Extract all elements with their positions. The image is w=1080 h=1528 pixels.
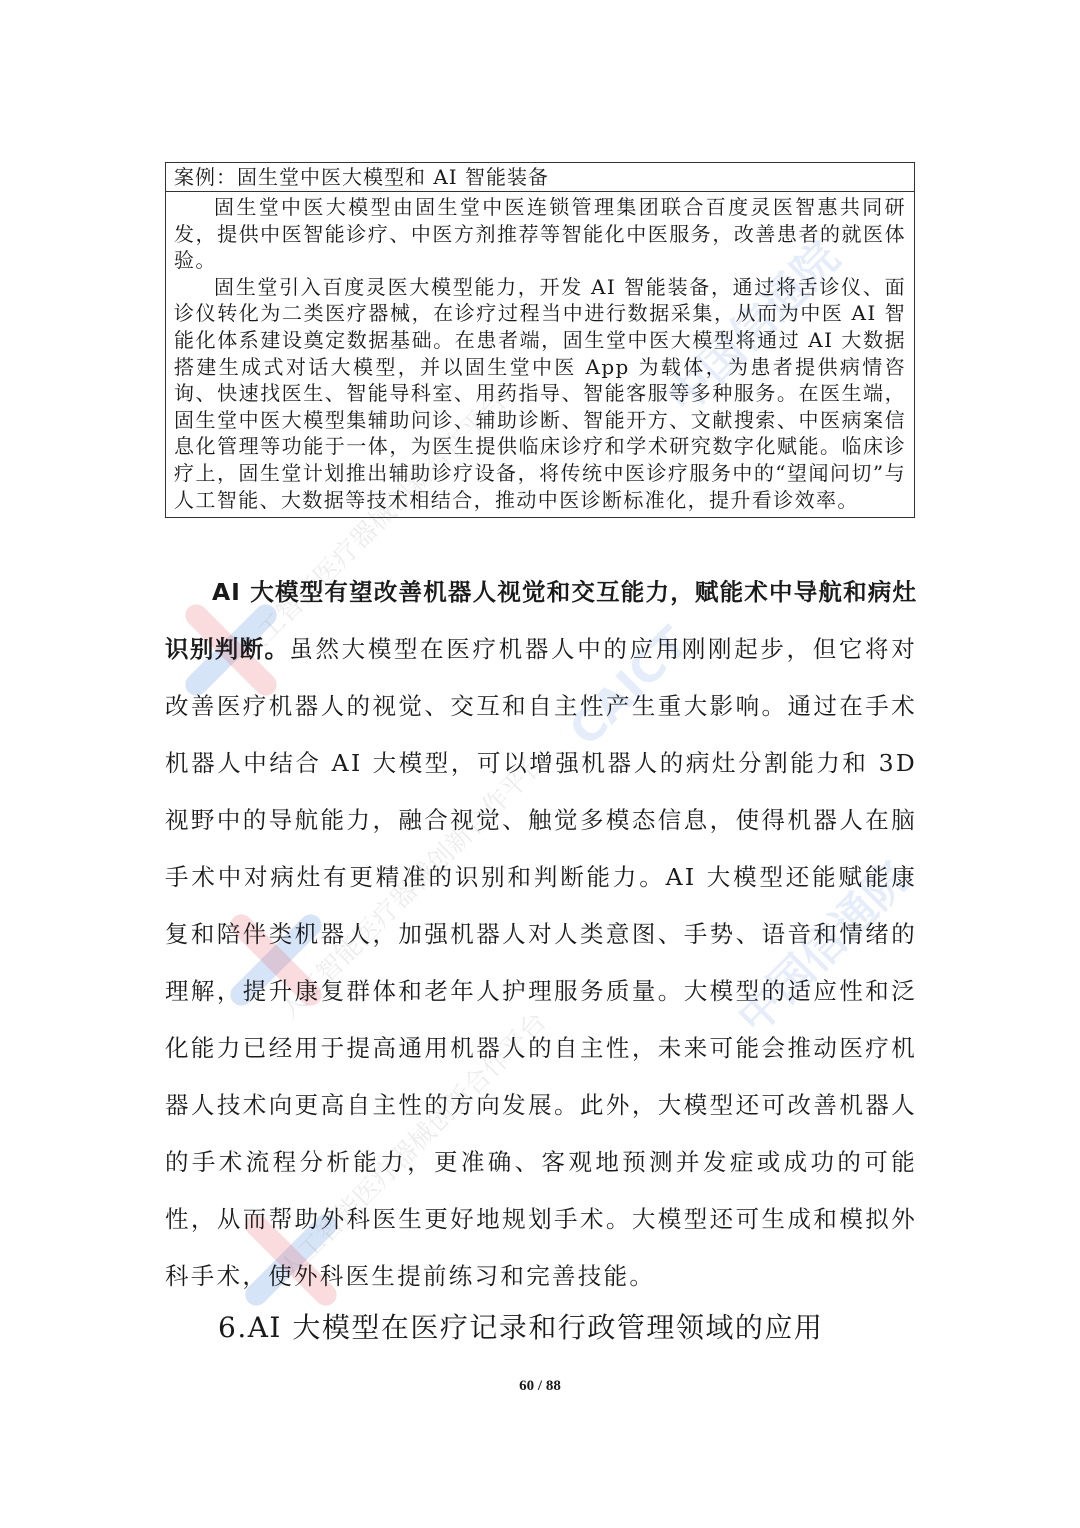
- document-page: 中国信通院 CAICT 中国信通院 人工智能医疗器械创新合作平台 人工智能医疗器…: [0, 0, 1080, 1528]
- case-study-paragraph: 固生堂中医大模型由固生堂中医连锁管理集团联合百度灵医智惠共同研发，提供中医智能诊…: [174, 194, 906, 274]
- body-text: AI 大模型有望改善机器人视觉和交互能力，赋能术中导航和病灶识别判断。虽然大模型…: [165, 564, 917, 1305]
- case-study-box: 案例：固生堂中医大模型和 AI 智能装备 固生堂中医大模型由固生堂中医连锁管理集…: [165, 162, 915, 518]
- section-heading: 6.AI 大模型在医疗记录和行政管理领域的应用: [218, 1308, 823, 1348]
- body-paragraph-text: 虽然大模型在医疗机器人中的应用刚刚起步，但它将对改善医疗机器人的视觉、交互和自主…: [165, 635, 917, 1290]
- page-number: 60 / 88: [0, 1378, 1080, 1395]
- case-study-paragraph: 固生堂引入百度灵医大模型能力，开发 AI 智能装备，通过将舌诊仪、面诊仪转化为二…: [174, 274, 906, 513]
- case-study-body: 固生堂中医大模型由固生堂中医连锁管理集团联合百度灵医智惠共同研发，提供中医智能诊…: [166, 192, 914, 517]
- body-paragraph: AI 大模型有望改善机器人视觉和交互能力，赋能术中导航和病灶识别判断。虽然大模型…: [165, 564, 917, 1305]
- case-study-title: 案例：固生堂中医大模型和 AI 智能装备: [166, 163, 914, 192]
